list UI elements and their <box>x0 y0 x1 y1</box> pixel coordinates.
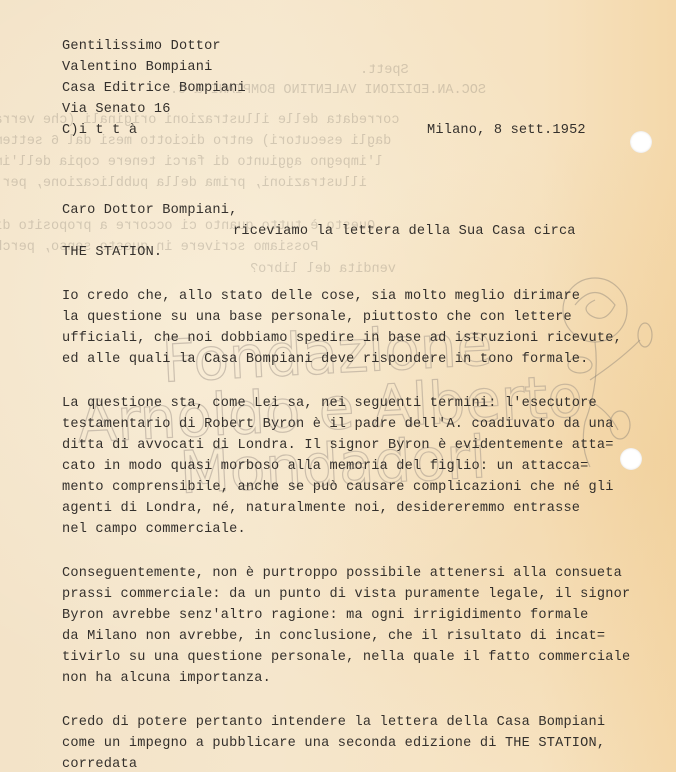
show-through-line: Spett. <box>360 60 409 81</box>
punch-hole <box>630 131 652 153</box>
recipient-line: Valentino Bompiani <box>62 57 212 78</box>
recipient-line: C)i t t à <box>62 120 137 141</box>
recipient-line: Casa Editrice Bompiani <box>62 78 246 99</box>
paragraph-line: da Milano non avrebbe, in conclusione, c… <box>62 626 605 647</box>
show-through-line: corredata delle illustrazioni originali … <box>0 110 399 131</box>
show-through-line: l'impegno aggiunto di farci tenere copia… <box>0 152 383 173</box>
paragraph-line: Io credo che, allo stato delle cose, sia… <box>62 286 580 307</box>
paragraph-line: tivirlo su una questione personale, nell… <box>62 647 630 668</box>
show-through-line: vendita del libro? <box>250 259 396 280</box>
paragraph-line: Conseguentemente, non è purtroppo possib… <box>62 563 622 584</box>
paragraph-line: cato in modo quasi morboso alla memoria … <box>62 456 589 477</box>
paragraph-line: riceviamo la lettera della Sua Casa circ… <box>233 221 576 242</box>
paragraph-line: prassi commerciale: da un punto di vista… <box>62 584 630 605</box>
paragraph-line: Credo di potere pertanto intendere la le… <box>62 712 605 733</box>
paragraph-line: testamentario di Robert Byron è il padre… <box>62 414 614 435</box>
salutation: Caro Dottor Bompiani, <box>62 200 238 221</box>
paragraph-line: corredata <box>62 754 137 772</box>
show-through-line: illustrazioni, prima della pubblicazione… <box>0 173 367 194</box>
paragraph-line: ufficiali, che noi dobbiamo spedire in b… <box>62 328 622 349</box>
recipient-line: Gentilissimo Dottor <box>62 36 221 57</box>
paragraph-line: mento comprensibile, anche se può causar… <box>62 477 614 498</box>
show-through-line: dagli esecutori) entro diciotto mesi dal… <box>0 131 391 152</box>
paragraph-line: nel campo commerciale. <box>62 519 246 540</box>
punch-hole <box>620 448 642 470</box>
recipient-line: Via Senato 16 <box>62 99 171 120</box>
paragraph-line: La questione sta, come Lei sa, nei segue… <box>62 393 597 414</box>
paragraph-line: la questione su una base personale, piut… <box>62 307 572 328</box>
paragraph-line: THE STATION. <box>62 242 162 263</box>
paragraph-line: ditta di avvocati di Londra. Il signor B… <box>62 435 614 456</box>
paragraph-line: agenti di Londra, né, naturalmente noi, … <box>62 498 580 519</box>
paragraph-line: non ha alcuna importanza. <box>62 668 271 689</box>
place-date: Milano, 8 sett.1952 <box>427 120 586 141</box>
paragraph-line: Byron avrebbe senz'altro ragione: ma ogn… <box>62 605 589 626</box>
paragraph-line: ed alle quali la Casa Bompiani deve risp… <box>62 349 589 370</box>
paragraph-line: come un impegno a pubblicare una seconda… <box>62 733 605 754</box>
